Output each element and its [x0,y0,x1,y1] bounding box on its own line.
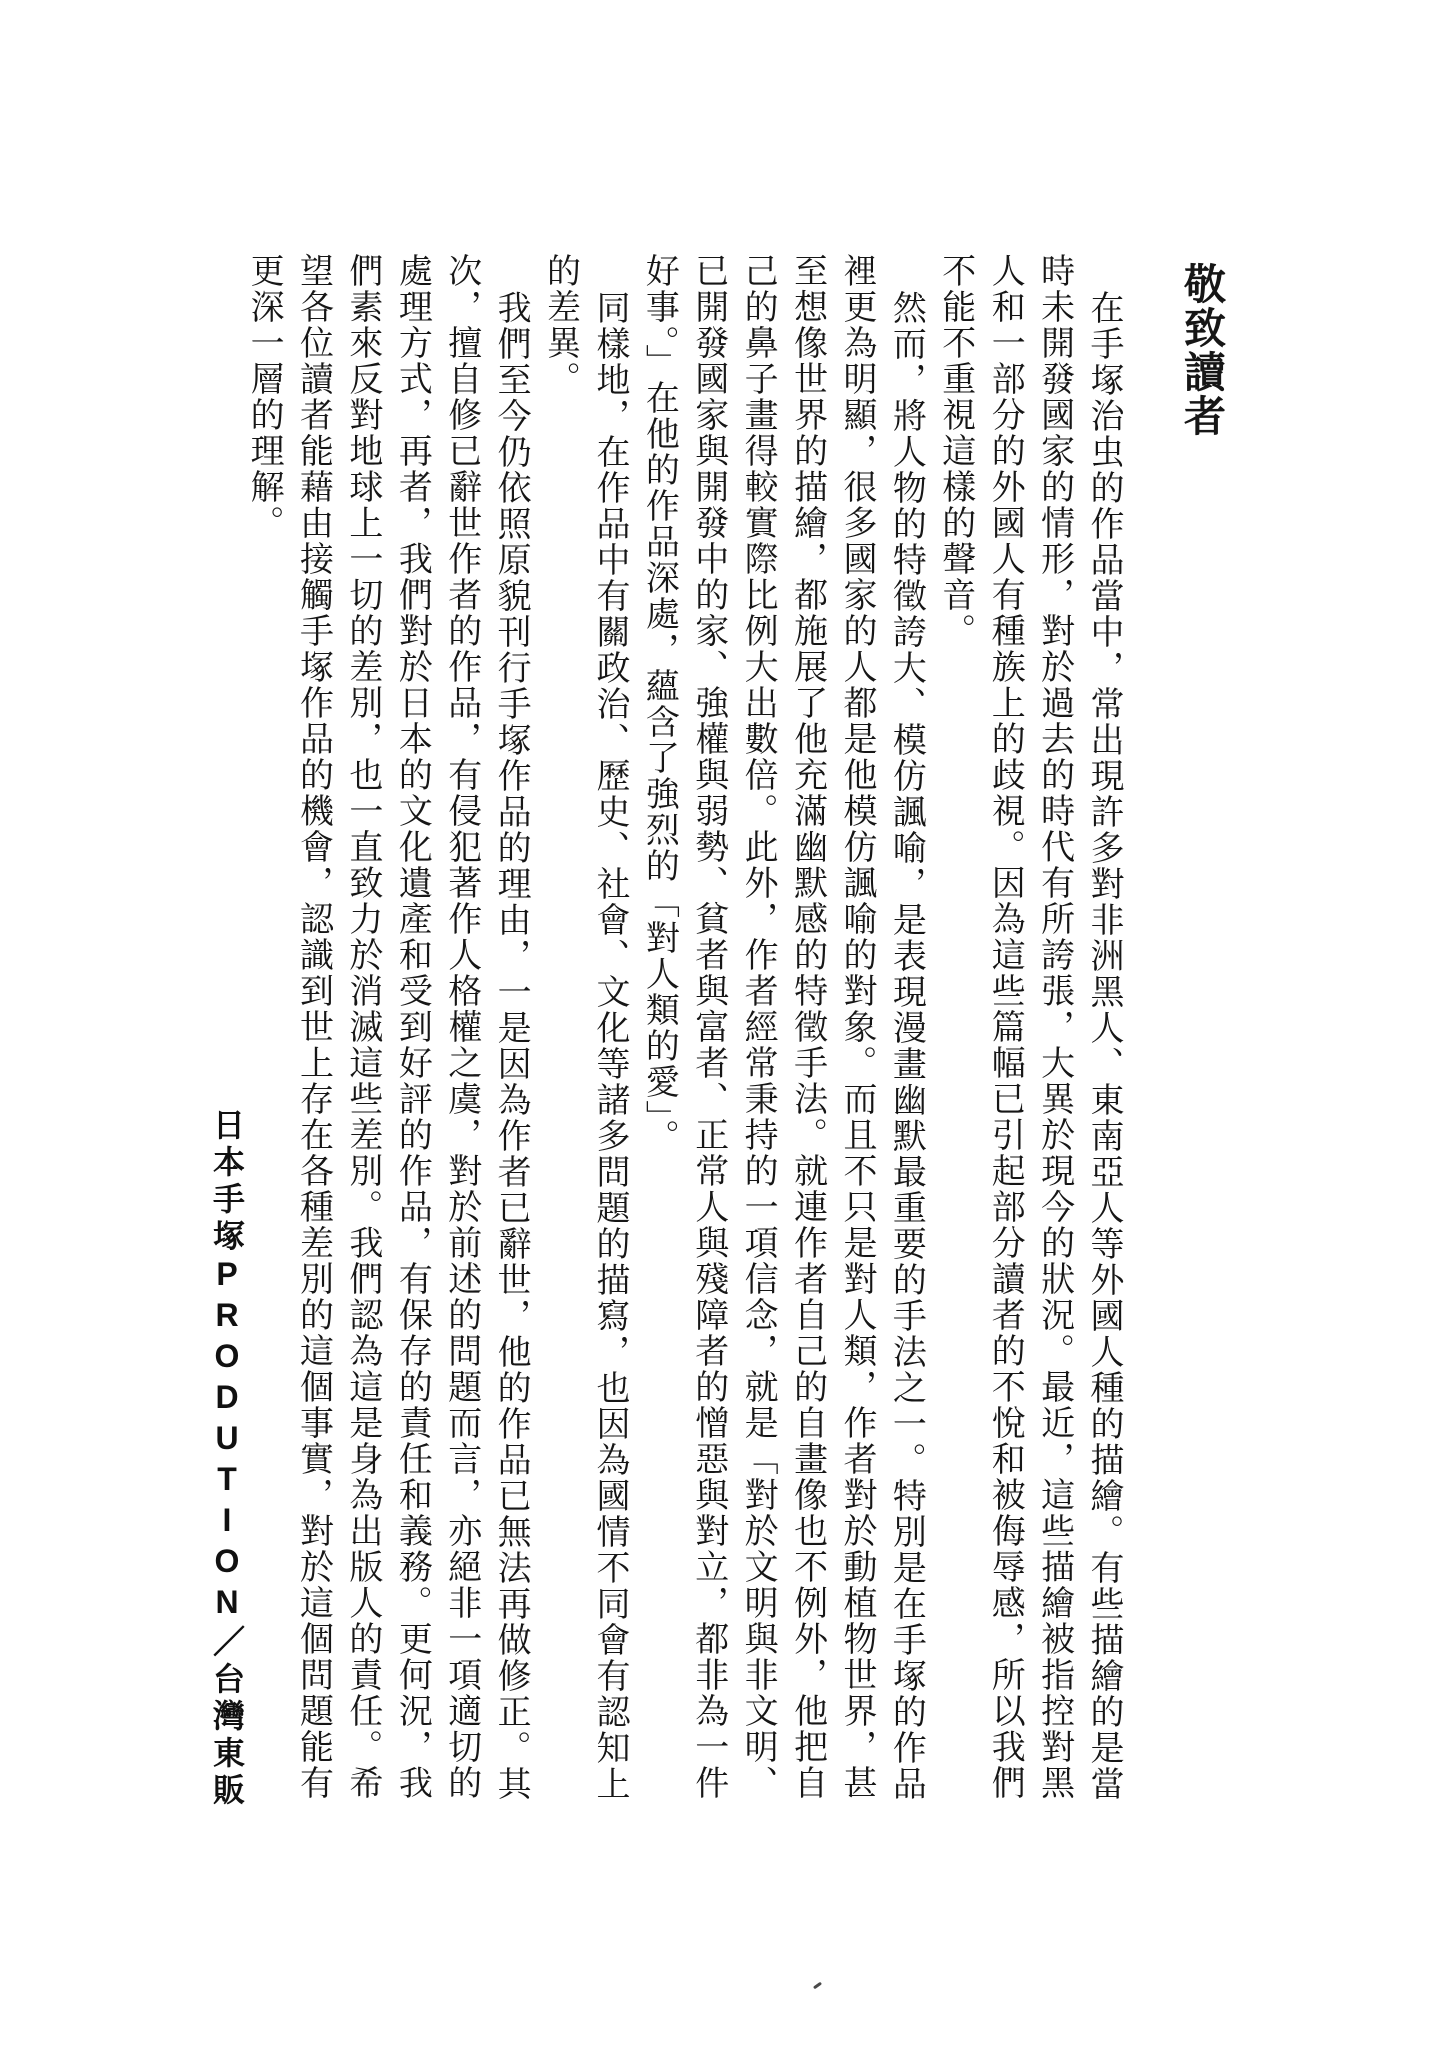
paragraph: 同樣地，在作品中有關政治、歷史、社會、文化等諸多問題的描寫，也因為國情不同會有認… [535,253,634,1873]
paragraph: 我們至今仍依照原貌刊行手塚作品的理由，一是因為作者已辭世，他的作品已無法再做修正… [239,253,535,1873]
text-column: 好事。」在他的作品深處，蘊含了強烈的「對人類的愛」。 [634,253,683,1873]
text-column: 人和一部分的外國人有種族上的歧視。因為這些篇幅已引起部分讀者的不悅和被侮辱感，所… [980,253,1029,1873]
paragraph: 然而，將人物的特徵誇大、模仿諷喻，是表現漫畫幽默最重要的手法之一。特別是在手塚的… [634,253,930,1873]
scan-artifact-mark [813,1982,822,1990]
notice-body-text: 在手塚治虫的作品當中，常出現許多對非洲黑人、東南亞人等外國人種的描繪。有些描繪的… [239,253,1128,1873]
text-column: 在手塚治虫的作品當中，常出現許多對非洲黑人、東南亞人等外國人種的描繪。有些描繪的… [1079,253,1128,1873]
text-column: 的差異。 [535,253,584,1873]
text-column: 然而，將人物的特徵誇大、模仿諷喻，是表現漫畫幽默最重要的手法之一。特別是在手塚的… [881,253,930,1873]
text-column: 時未開發國家的情形，對於過去的時代有所誇張，大異於現今的狀況。最近，這些描繪被指… [1029,253,1078,1873]
text-column: 不能不重視這樣的聲音。 [930,253,979,1873]
text-column: 們素來反對地球上一切的差別，也一直致力於消滅這些差別。我們認為這是身為出版人的責… [338,253,387,1873]
text-column: 處理方式，再者，我們對於日本的文化遺產和受到好評的作品，有保存的責任和義務。更何… [387,253,436,1873]
text-column: 至想像世界的描繪，都施展了他充滿幽默感的特徵手法。就連作者自己的自畫像也不例外，… [782,253,831,1873]
text-column: 次，擅自修已辭世作者的作品，有侵犯著作人格權之虞，對於前述的問題而言，亦絕非一項… [436,253,485,1873]
text-column: 裡更為明顯，很多國家的人都是他模仿諷喻的對象。而且不只是對人類，作者對於動植物世… [832,253,881,1873]
page-title: 敬致讀者 [1171,262,1231,438]
text-column: 己的鼻子畫得較實際比例大出數倍。此外，作者經常秉持的一項信念，就是「對於文明與非… [733,253,782,1873]
reader-notice-page: 敬致讀者 在手塚治虫的作品當中，常出現許多對非洲黑人、東南亞人等外國人種的描繪。… [0,0,1429,2048]
text-column: 已開發國家與開發中的家、強權與弱勢、貧者與富者、正常人與殘障者的憎惡與對立，都非… [683,253,732,1873]
text-column: 望各位讀者能藉由接觸手塚作品的機會，認識到世上存在各種差別的這個事實，對於這個問… [288,253,337,1873]
publisher-signature: 日本手塚PRODUTION／台灣東販 [204,1108,250,1810]
text-column: 我們至今仍依照原貌刊行手塚作品的理由，一是因為作者已辭世，他的作品已無法再做修正… [486,253,535,1873]
text-column: 同樣地，在作品中有關政治、歷史、社會、文化等諸多問題的描寫，也因為國情不同會有認… [585,253,634,1873]
paragraph: 在手塚治虫的作品當中，常出現許多對非洲黑人、東南亞人等外國人種的描繪。有些描繪的… [930,253,1128,1873]
